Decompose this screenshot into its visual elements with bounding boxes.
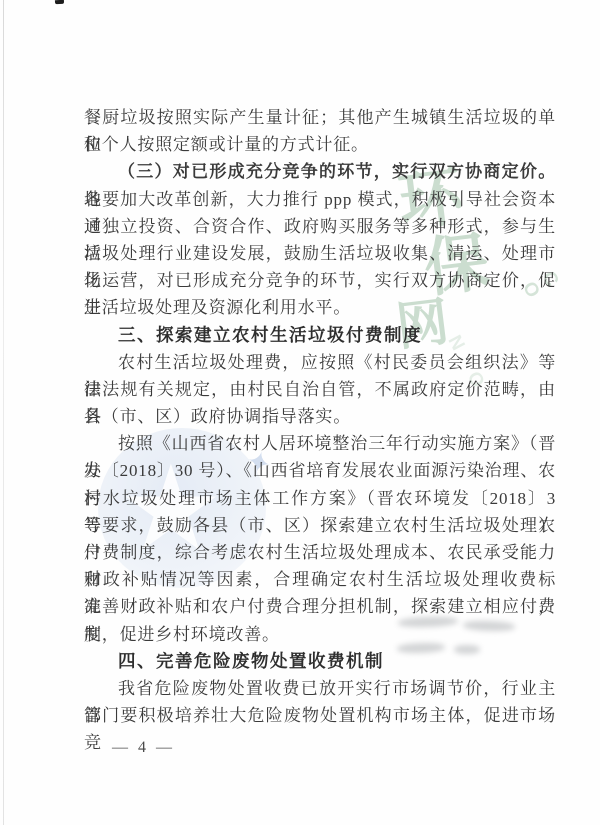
text-line: 化运营，对已形成充分竞争的环节，实行双方协商定价，促进 — [84, 267, 556, 294]
text-segment: 生活垃圾处理及资源化利用水平。 — [84, 298, 351, 317]
section-heading: 三、探索建立农村生活垃圾付费制度 — [84, 322, 556, 349]
page-number: — 4 — — [112, 739, 175, 757]
text-line: 过独立投资、合资合作、政府购买服务等多种形式，参与生活 — [84, 213, 556, 240]
text-line: 和个人按照定额或计量的方式计征。 — [84, 131, 556, 158]
text-segment: 和个人按照定额或计量的方式计征。 — [84, 135, 369, 154]
text-line: 农村生活垃圾处理费，应按照《村民委员会组织法》等法 — [84, 349, 556, 376]
text-line: （三）对已形成充分竞争的环节，实行双方协商定价。各 — [84, 158, 556, 185]
text-line: 污水垃圾处理市场主体工作方案》（晋农环境发〔2018〕3 号） — [84, 485, 556, 512]
text-line: 垃圾处理行业建设发展，鼓励生活垃圾收集、清运、处理市场 — [84, 240, 556, 267]
text-block: 餐厨垃圾按照实际产生量计征；其他产生城镇生活垃圾的单位和个人按照定额或计量的方式… — [84, 104, 556, 729]
text-line: 完善财政补贴和农户付费合理分担机制，探索建立相应付费制 — [84, 593, 556, 620]
scan-mark — [55, 0, 64, 4]
text-line: 县（市、区）政府协调指导落实。 — [84, 403, 556, 430]
text-line: 度，促进乡村环境改善。 — [84, 621, 556, 648]
scan-edge-line — [3, 0, 4, 825]
text-segment: 三、探索建立农村生活垃圾付费制度 — [118, 325, 422, 345]
text-line: 生活垃圾处理及资源化利用水平。 — [84, 294, 556, 321]
text-line: 付费制度，综合考虑农村生活垃圾处理成本、农民承受能力和 — [84, 539, 556, 566]
section-heading: 四、完善危险废物处置收费机制 — [84, 648, 556, 675]
text-segment: 县（市、区）政府协调指导落实。 — [84, 407, 351, 426]
text-line: 我省危险废物处置收费已放开实行市场调节价，行业主管 — [84, 675, 556, 702]
text-line: 餐厨垃圾按照实际产生量计征；其他产生城镇生活垃圾的单位 — [84, 104, 556, 131]
text-line: 发〔2018〕30 号）、《山西省培育发展农业面源污染治理、农村 — [84, 457, 556, 484]
text-line: 部门要积极培养壮大危险废物处置机构市场主体，促进市场竞 — [84, 702, 556, 729]
text-segment: 度，促进乡村环境改善。 — [84, 625, 280, 644]
text-segment: （三）对已形成充分竞争的环节，实行双方协商定价。 — [118, 162, 556, 181]
text-line: 等要求，鼓励各县（市、区）探索建立农村生活垃圾处理农户 — [84, 512, 556, 539]
text-line: 财政补贴情况等因素，合理确定农村生活垃圾处理收费标准， — [84, 566, 556, 593]
text-line: 地要加大改革创新，大力推行 ppp 模式，积极引导社会资本通 — [84, 186, 556, 213]
text-line: 律法规有关规定，由村民自治自管，不属政府定价范畴，由各 — [84, 376, 556, 403]
text-line: 按照《山西省农村人居环境整治三年行动实施方案》（晋办 — [84, 430, 556, 457]
document-page: { "page": { "page_number": "— 4 —", "tex… — [0, 0, 600, 825]
scanned-page: ★ ✦ 环保网C ON O 餐厨垃圾按照实际产生量计征；其他产生城镇生活垃圾的单… — [0, 0, 600, 825]
text-segment: 四、完善危险废物处置收费机制 — [118, 651, 384, 671]
